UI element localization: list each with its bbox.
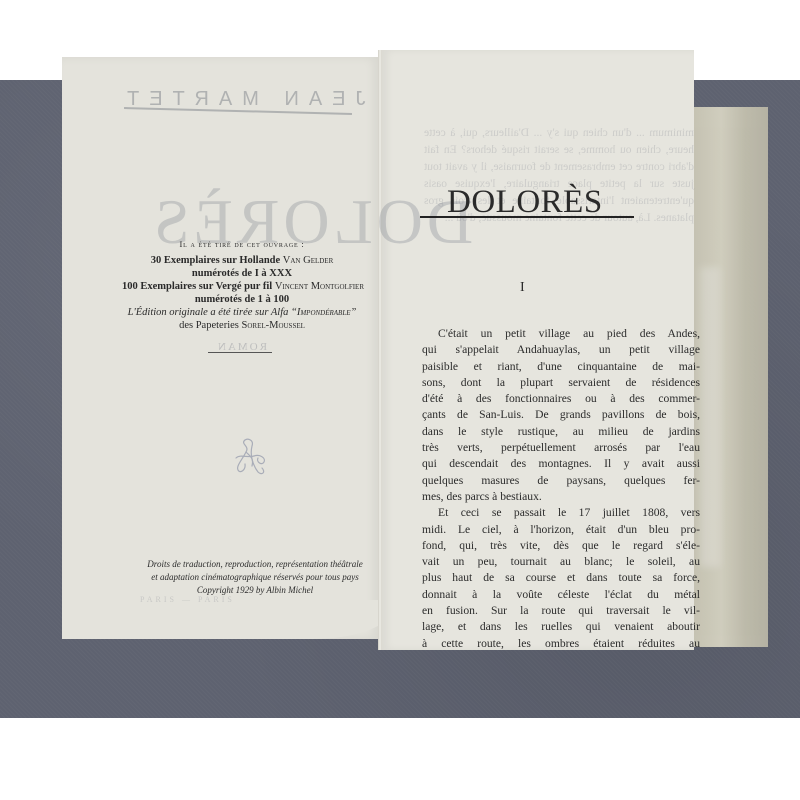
limitation-line-5-text: L'Édition originale a été tirée sur Alfa… (128, 307, 297, 318)
limitation-line-5-quote: ” (351, 307, 357, 318)
limitation-line-6-mill: Sorel-Moussel (242, 320, 305, 331)
body-line: çants de San-Luis. De grands pavillons d… (422, 407, 700, 423)
body-line: vait un peu, tournait au blanc; le solei… (422, 554, 700, 570)
body-line: à cette route, les ombres étaient réduit… (422, 636, 700, 652)
copyright-line-2: et adaptation cinématographique réservés… (130, 571, 380, 584)
limitation-line-6: des Papeteries Sorel-Moussel (122, 319, 362, 332)
glassine-wrapper (690, 107, 768, 647)
limitation-line-1: 30 Exemplaires sur Hollande Van Gelder (122, 254, 362, 267)
chapter-number: I (520, 280, 525, 296)
book-title: DOLORÈS (447, 186, 603, 219)
body-line: fond, qui, très vite, dès que le regard … (422, 538, 700, 554)
body-line: mes, des parcs à bestiaux. (422, 489, 700, 505)
body-line: d'été à des fonctionnaires ou à des comm… (422, 391, 700, 407)
limitation-line-6-text: des Papeteries (179, 320, 241, 331)
body-line: C'était un petit village au pied des And… (422, 326, 700, 342)
copyright-line-1: Droits de traduction, reproduction, repr… (130, 558, 380, 571)
body-line: donnait à la voûte céleste l'éclat du mé… (422, 587, 700, 603)
limitation-line-3: 100 Exemplaires sur Vergé pur fil Vincen… (122, 280, 362, 293)
limitation-line-5: L'Édition originale a été tirée sur Alfa… (122, 306, 362, 319)
genre-rule (208, 352, 272, 353)
body-line: midi. Le ciel, à l'horizon, était d'un b… (422, 522, 700, 538)
body-line: lage, et dans les ruelles qui venaient a… (422, 619, 700, 635)
limitation-line-2: numérotés de I à XXX (122, 267, 362, 280)
limitation-heading: Il a été tiré de cet ouvrage : (122, 238, 362, 251)
limitation-line-3-text: 100 Exemplaires sur Vergé pur fil (122, 281, 275, 292)
limitation-line-1-paper: Van Gelder (283, 255, 333, 266)
limitation-statement: Il a été tiré de cet ouvrage : 30 Exempl… (122, 238, 362, 332)
body-line: qui descendait des montagnes. Il y avait… (422, 456, 700, 472)
title-rule (420, 216, 634, 218)
body-line: qui s'appelait Andahuaylas, un petit vil… (422, 342, 700, 358)
left-page-curl (62, 600, 392, 639)
publisher-monogram-icon (228, 436, 274, 482)
limitation-line-1-text: 30 Exemplaires sur Hollande (151, 255, 283, 266)
body-text: C'était un petit village au pied des And… (422, 326, 700, 652)
copyright-notice: Droits de traduction, reproduction, repr… (130, 558, 380, 597)
limitation-line-3-paper: Vincent Montgolfier (275, 281, 364, 292)
limitation-line-5-paper: Impondérable (297, 307, 351, 318)
limitation-line-4: numérotés de 1 à 100 (122, 293, 362, 306)
body-line: paisible et riant, d'une cinquantaine de… (422, 359, 700, 375)
body-line: plus haut de sa course et dans toute sa … (422, 570, 700, 586)
body-line: dans le style rustique, au milieu de jar… (422, 424, 700, 440)
body-line: en fusion. Sur la route qui traversait l… (422, 603, 700, 619)
body-line: sons, dont la plupart servaient de résid… (422, 375, 700, 391)
body-line: Et ceci se passait le 17 juillet 1808, v… (422, 505, 700, 521)
copyright-line-3: Copyright 1929 by Albin Michel (130, 584, 380, 597)
body-line: quelques masures de paysans, quelques fe… (422, 473, 700, 489)
body-line: très verts, perpétuellement arrosés par … (422, 440, 700, 456)
